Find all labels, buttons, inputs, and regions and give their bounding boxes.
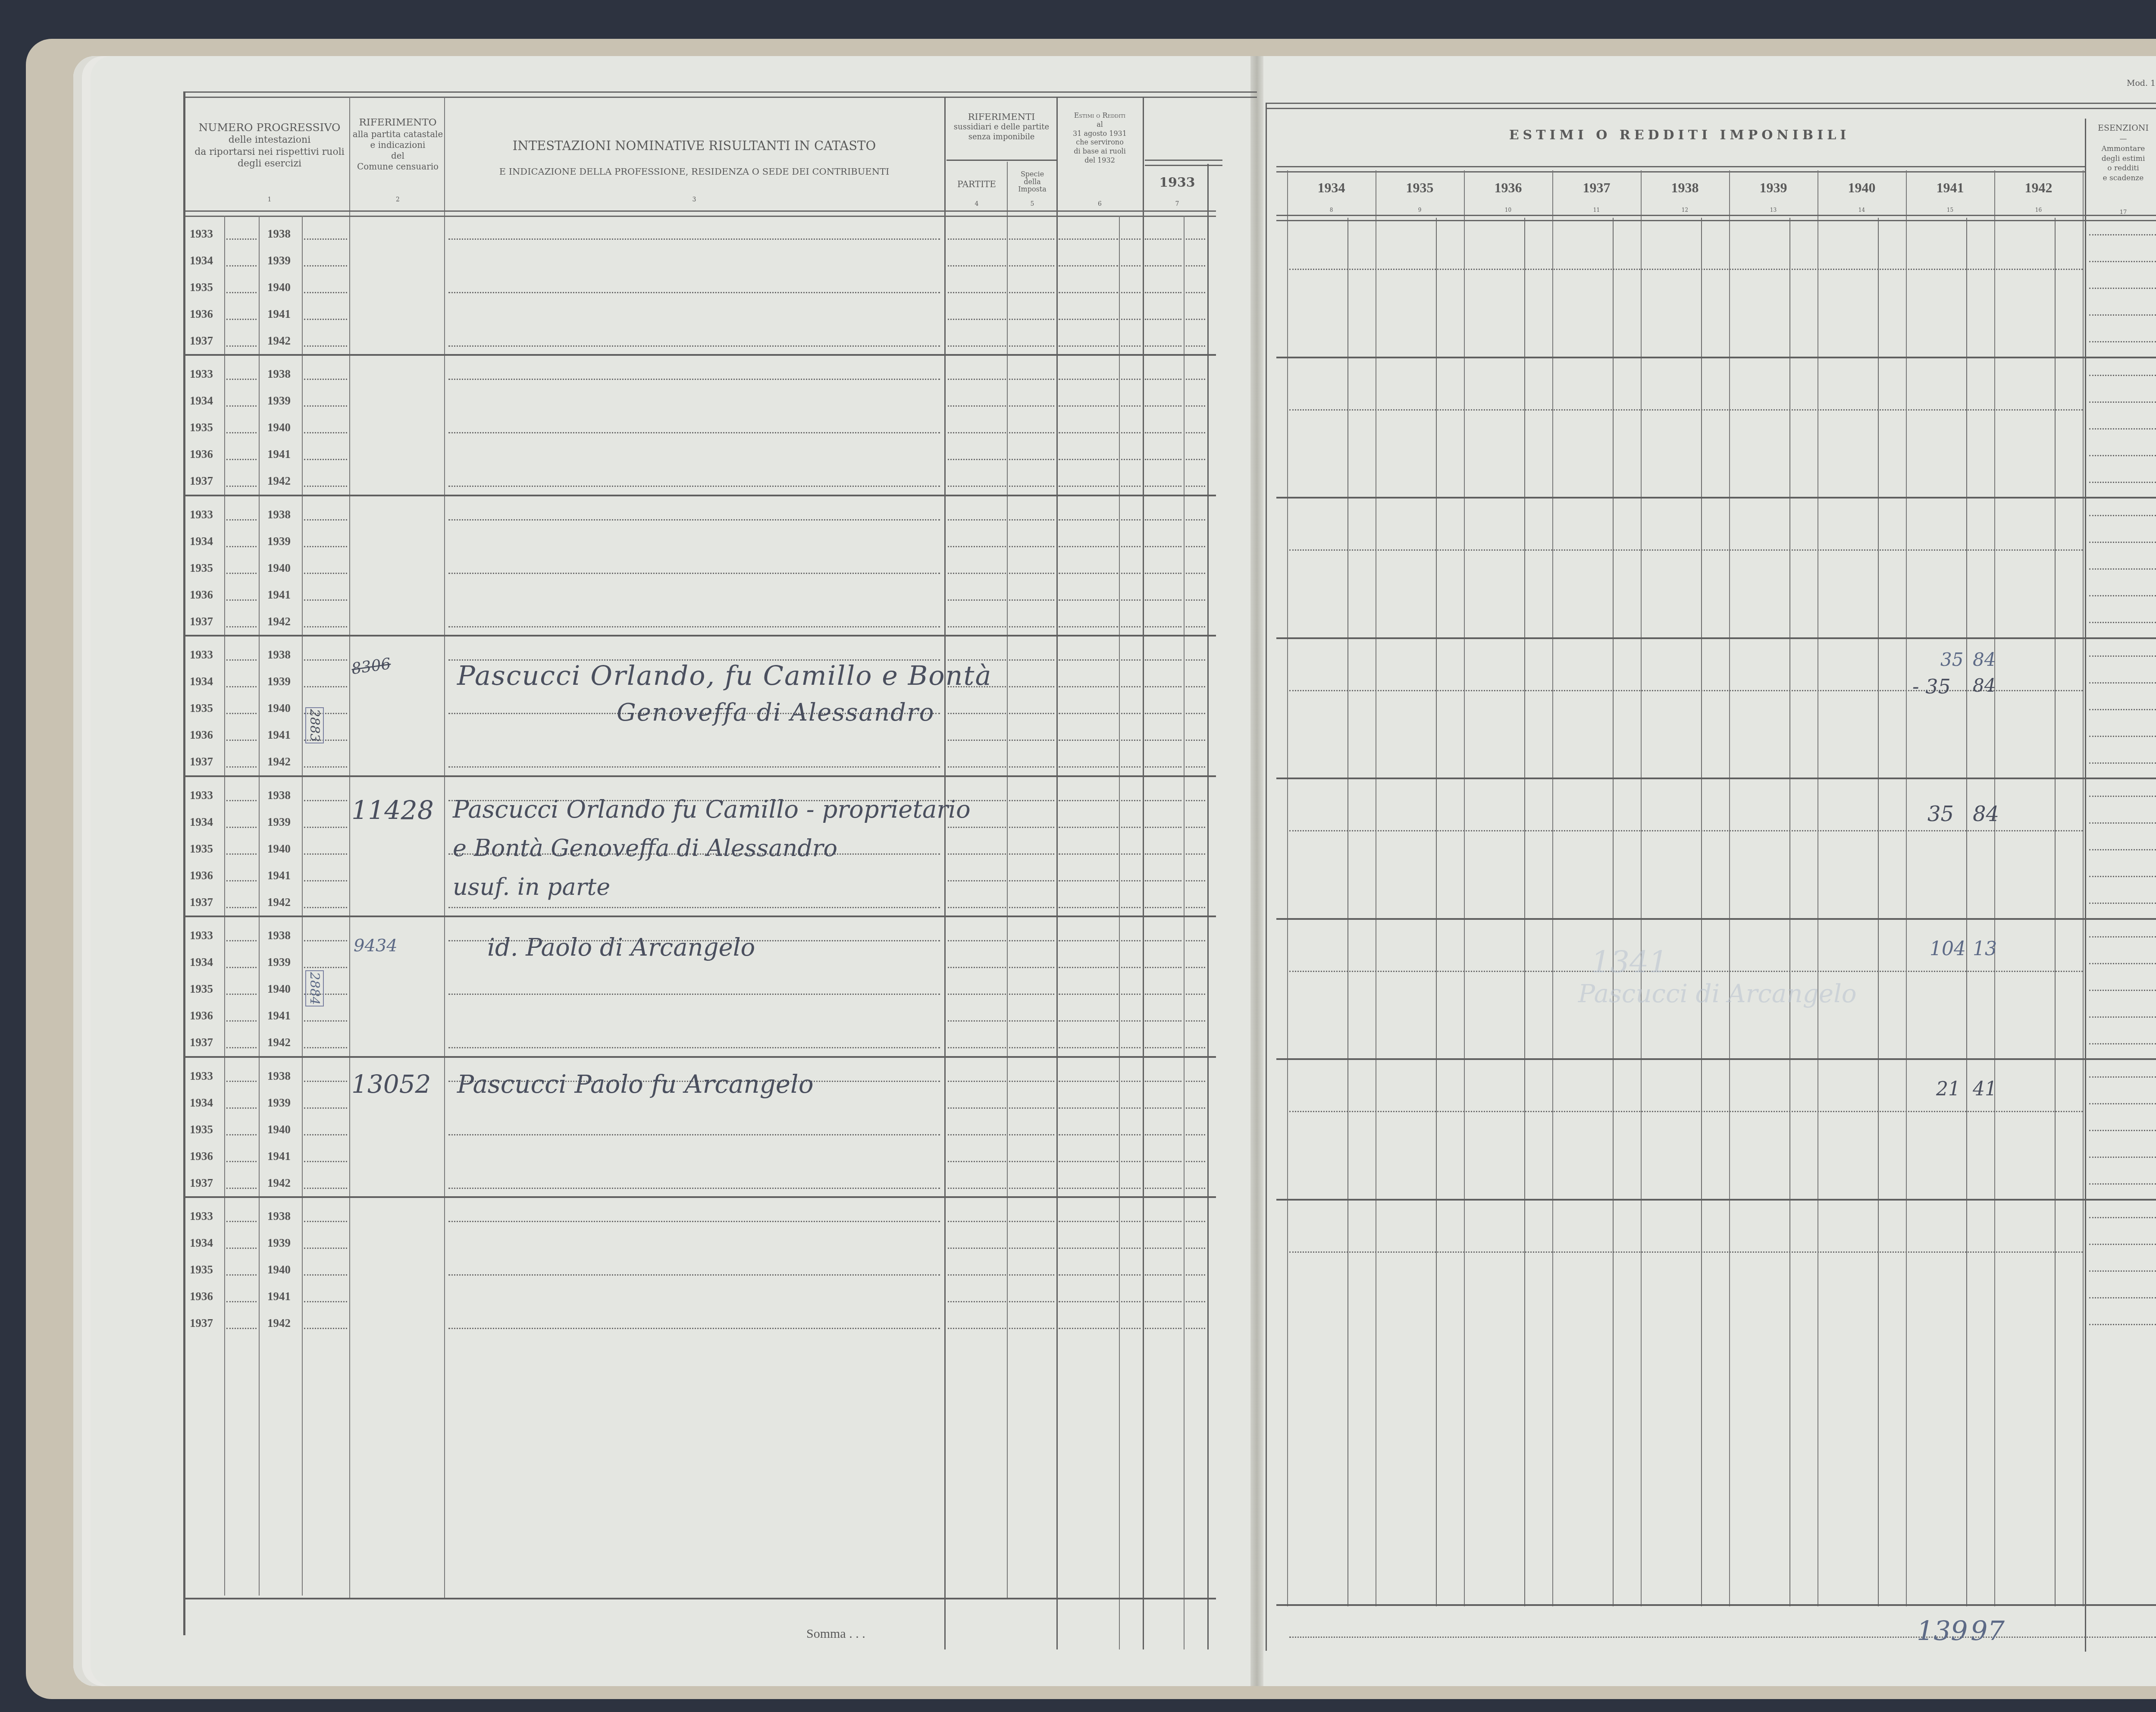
dotted-rule — [1121, 459, 1141, 460]
year-label: 1940 — [267, 421, 291, 434]
dotted-rule — [226, 1274, 257, 1276]
dotted-rule — [226, 599, 257, 601]
name-rule — [448, 907, 940, 908]
dotted-rule — [1121, 907, 1141, 908]
dotted-rule — [1059, 573, 1118, 574]
esenzioni-rule — [2089, 1183, 2156, 1185]
year-label: 1941 — [267, 588, 291, 602]
dotted-rule — [1186, 1081, 1205, 1082]
dotted-rule — [948, 459, 1006, 460]
header-estimi-1931: Estimi o Redditi al 31 agosto 1931 che s… — [1058, 111, 1142, 165]
dotted-rule — [1145, 1248, 1181, 1249]
dotted-rule — [948, 573, 1006, 574]
dotted-rule — [1186, 853, 1205, 855]
dotted-rule — [1186, 599, 1205, 601]
dotted-rule — [1121, 1081, 1141, 1082]
name-rule — [448, 432, 940, 433]
dotted-rule — [226, 1301, 257, 1302]
dotted-rule — [1121, 967, 1141, 968]
name-rule — [448, 486, 940, 487]
year-label: 1938 — [267, 367, 291, 381]
dotted-rule — [1186, 1188, 1205, 1189]
esenzioni-rule — [2089, 876, 2156, 877]
dotted-rule — [304, 800, 347, 801]
year-label: 1941 — [267, 1150, 291, 1163]
dotted-rule — [1009, 379, 1054, 380]
year-label: 1933 — [190, 1210, 213, 1223]
value-rule — [1289, 269, 2083, 270]
dotted-rule — [1145, 1328, 1181, 1329]
dotted-rule — [1059, 1081, 1118, 1082]
year-label: 1939 — [267, 254, 291, 267]
dotted-rule — [1121, 880, 1141, 881]
dotted-rule — [1186, 1134, 1205, 1135]
dotted-rule — [1009, 519, 1054, 520]
year-label: 1937 — [190, 615, 213, 628]
esenzioni-rule — [2089, 428, 2156, 430]
dotted-rule — [304, 1161, 347, 1162]
header-text: Comune censuario — [351, 161, 444, 172]
year-label: 1936 — [190, 1150, 213, 1163]
header-text: ESENZIONI — [2086, 123, 2156, 134]
dotted-rule — [1059, 546, 1118, 547]
dotted-rule — [1121, 800, 1141, 801]
year-label: 1939 — [267, 956, 291, 969]
dotted-rule — [226, 432, 257, 433]
dotted-rule — [1121, 265, 1141, 267]
column-number: 1 — [190, 196, 349, 204]
cent-subdivider — [1878, 218, 1879, 1606]
dotted-rule — [1059, 659, 1118, 661]
dotted-rule — [1059, 907, 1118, 908]
dotted-rule — [948, 1248, 1006, 1249]
year-label: 1933 — [190, 508, 213, 521]
esenzioni-rule — [2089, 568, 2156, 570]
dotted-rule — [1121, 1221, 1141, 1222]
cent-subdivider — [1613, 218, 1614, 1606]
dotted-rule — [1186, 1047, 1205, 1048]
dotted-rule — [1009, 1107, 1054, 1109]
entry-name-line: usuf. in parte — [453, 873, 610, 900]
esenzioni-rule — [2089, 515, 2156, 516]
dotted-rule — [304, 379, 347, 380]
dotted-rule — [1145, 907, 1181, 908]
col-divider — [1143, 97, 1144, 1649]
dotted-rule — [948, 319, 1006, 320]
dotted-rule — [226, 459, 257, 460]
year-header: 1939 — [1729, 179, 1818, 196]
dotted-rule — [1145, 573, 1181, 574]
dotted-rule — [304, 1274, 347, 1276]
year-label: 1942 — [267, 1176, 291, 1190]
dotted-rule — [226, 1248, 257, 1249]
dotted-rule — [1009, 432, 1054, 433]
year-label: 1937 — [190, 474, 213, 488]
dotted-rule — [226, 740, 257, 741]
header-text: al — [1058, 120, 1142, 129]
dotted-rule — [948, 967, 1006, 968]
year-label: 1941 — [267, 728, 291, 742]
dotted-rule — [1059, 1248, 1118, 1249]
dotted-rule — [1121, 1020, 1141, 1022]
dotted-rule — [304, 626, 347, 627]
dotted-rule — [1186, 827, 1205, 828]
dotted-rule — [304, 345, 347, 347]
dotted-rule — [1121, 486, 1141, 487]
value-1941-lire: 35 — [1927, 802, 1954, 826]
year-label: 1938 — [267, 1210, 291, 1223]
dotted-rule — [226, 1107, 257, 1109]
name-rule — [448, 345, 940, 347]
dotted-rule — [1186, 880, 1205, 881]
dotted-rule — [1121, 1107, 1141, 1109]
year-label: 1940 — [267, 842, 291, 856]
somma-label: Somma . . . — [806, 1626, 944, 1642]
dotted-rule — [1186, 659, 1205, 661]
value-1941-cent: 13 — [1973, 938, 1997, 960]
block-divider — [1276, 637, 2156, 639]
dotted-rule — [1009, 686, 1054, 687]
dotted-rule — [1009, 994, 1054, 995]
dotted-rule — [1009, 827, 1054, 828]
left-top-border — [183, 91, 1257, 98]
right-page — [1276, 56, 2156, 1686]
dotted-rule — [226, 880, 257, 881]
year-label: 1939 — [267, 675, 291, 688]
dotted-rule — [1186, 319, 1205, 320]
year-label: 1936 — [190, 869, 213, 882]
year-label: 1933 — [190, 1069, 213, 1083]
esenzioni-rule — [2089, 341, 2156, 342]
dotted-rule — [1121, 1248, 1141, 1249]
dotted-rule — [1009, 659, 1054, 661]
name-rule — [448, 519, 940, 520]
dotted-rule — [1059, 1020, 1118, 1022]
dotted-rule — [1186, 405, 1205, 407]
header-riferimenti-sussidiari: RIFERIMENTI sussidiari e delle partite s… — [946, 111, 1056, 142]
column-number: 11 — [1552, 207, 1641, 213]
dotted-rule — [948, 626, 1006, 627]
esenzioni-rule — [2089, 1217, 2156, 1218]
header-text: degli estimi — [2086, 154, 2156, 164]
dotted-rule — [1145, 940, 1181, 941]
dotted-rule — [1121, 1047, 1141, 1048]
entry-name-line: Pascucci Orlando, fu Camillo e Bontà — [457, 660, 992, 691]
dotted-rule — [948, 599, 1006, 601]
left-page — [73, 56, 1276, 1686]
dotted-rule — [1145, 766, 1181, 768]
dotted-rule — [1186, 292, 1205, 293]
year-label: 1942 — [267, 334, 291, 348]
dotted-rule — [1059, 940, 1118, 941]
dotted-rule — [1059, 1107, 1118, 1109]
name-rule — [448, 1274, 940, 1276]
dotted-rule — [226, 1134, 257, 1135]
dotted-rule — [948, 379, 1006, 380]
header-specie: Specie della Imposta — [1008, 170, 1056, 193]
dotted-rule — [1186, 432, 1205, 433]
esenzioni-rule — [2089, 482, 2156, 483]
dotted-rule — [1145, 880, 1181, 881]
header-text: Imposta — [1008, 185, 1056, 193]
dotted-rule — [1145, 1301, 1181, 1302]
dotted-rule — [1059, 459, 1118, 460]
dotted-rule — [226, 292, 257, 293]
header-text: RIFERIMENTI — [946, 111, 1056, 122]
dotted-rule — [1145, 1274, 1181, 1276]
dotted-rule — [304, 967, 347, 968]
dotted-rule — [948, 1020, 1006, 1022]
cent-subdivider — [1347, 218, 1348, 1606]
esenzioni-rule — [2089, 1324, 2156, 1325]
year-label: 1939 — [267, 394, 291, 408]
dotted-rule — [226, 1047, 257, 1048]
dotted-rule — [1186, 1301, 1205, 1302]
esenzioni-rule — [2089, 849, 2156, 850]
year-label: 1936 — [190, 1009, 213, 1022]
year-label: 1933 — [190, 227, 213, 241]
dotted-rule — [1145, 853, 1181, 855]
dotted-rule — [1059, 319, 1118, 320]
dotted-rule — [1186, 1107, 1205, 1109]
year-col-rule — [1376, 170, 1376, 1606]
name-rule — [448, 292, 940, 293]
year-label: 1939 — [267, 1096, 291, 1110]
dotted-rule — [226, 1328, 257, 1329]
year-label: 1936 — [190, 448, 213, 461]
header-text: della — [1008, 178, 1056, 186]
year-label: 1942 — [267, 474, 291, 488]
dotted-rule — [1009, 740, 1054, 741]
dotted-rule — [1186, 713, 1205, 714]
value-rule — [1289, 1251, 2083, 1253]
year-header: 1937 — [1552, 179, 1641, 196]
dotted-rule — [304, 1081, 347, 1082]
header-intestazioni: INTESTAZIONI NOMINATIVE RISULTANTI IN CA… — [446, 138, 942, 154]
somma-1941-cent: 97 — [1971, 1615, 2005, 1646]
dotted-rule — [304, 238, 347, 240]
block-divider — [1276, 357, 2156, 358]
entry-name-line: e Bontà Genoveffa di Alessandro — [453, 834, 837, 862]
dotted-rule — [1145, 238, 1181, 240]
column-number: 5 — [1008, 201, 1056, 208]
esenzioni-rule — [2089, 1130, 2156, 1131]
dotted-rule — [1121, 853, 1141, 855]
dotted-rule — [1059, 265, 1118, 267]
dotted-rule — [1059, 1188, 1118, 1189]
dotted-rule — [226, 1081, 257, 1082]
somma-rule — [1289, 1637, 2156, 1638]
dotted-rule — [1121, 713, 1141, 714]
esenzioni-rule — [2089, 762, 2156, 764]
dotted-rule — [1121, 740, 1141, 741]
dotted-rule — [1145, 1188, 1181, 1189]
year-header: 1942 — [1994, 179, 2083, 196]
partita-number: 13052 — [351, 1069, 431, 1099]
col1-subdivider — [302, 216, 303, 1596]
year-label: 1936 — [190, 1290, 213, 1303]
value-rule — [1289, 409, 2083, 411]
esenzioni-rule — [2089, 261, 2156, 262]
dotted-rule — [304, 1248, 347, 1249]
entry-name-line: Genoveffa di Alessandro — [617, 699, 934, 727]
partita-number: 9434 — [354, 936, 398, 956]
year-label: 1934 — [190, 394, 213, 408]
dotted-rule — [1059, 1221, 1118, 1222]
dotted-rule — [1009, 238, 1054, 240]
dotted-rule — [1121, 827, 1141, 828]
dotted-rule — [1009, 292, 1054, 293]
dotted-rule — [1121, 1188, 1141, 1189]
dotted-rule — [1059, 238, 1118, 240]
cent-subdivider — [1436, 218, 1437, 1606]
header-riferimento: RIFERIMENTO alla partita catastale e ind… — [351, 116, 444, 172]
year-label: 1938 — [267, 227, 291, 241]
dotted-rule — [304, 265, 347, 267]
dotted-rule — [304, 1020, 347, 1022]
year-label: 1937 — [190, 334, 213, 348]
name-rule — [448, 1047, 940, 1048]
value-1941-cent: 84 — [1973, 675, 1996, 696]
dotted-rule — [304, 573, 347, 574]
header-numero-progressivo: NUMERO PROGRESSIVO delle intestazioni da… — [190, 121, 349, 170]
year-col-rule — [2083, 170, 2084, 1606]
dotted-rule — [1186, 940, 1205, 941]
esenzioni-rule — [2089, 1297, 2156, 1298]
col1-subdivider — [224, 216, 225, 1596]
year-header: 1940 — [1818, 179, 1906, 196]
header-year-1933: 1933 — [1145, 175, 1210, 191]
dotted-rule — [1186, 459, 1205, 460]
cent-subdivider — [1966, 218, 1967, 1606]
dotted-rule — [1009, 573, 1054, 574]
dotted-rule — [948, 713, 1006, 714]
entry-name-line: Pascucci Paolo fu Arcangelo — [457, 1069, 814, 1099]
dotted-rule — [1059, 599, 1118, 601]
dotted-rule — [1145, 994, 1181, 995]
year-label: 1935 — [190, 281, 213, 294]
header-text: o redditi — [2086, 163, 2156, 173]
dotted-rule — [1059, 432, 1118, 433]
year-label: 1936 — [190, 307, 213, 321]
esenzioni-rule — [2089, 990, 2156, 991]
esenzioni-rule — [2089, 709, 2156, 710]
name-rule — [448, 238, 940, 240]
dotted-rule — [1059, 1047, 1118, 1048]
dotted-rule — [1059, 713, 1118, 714]
dotted-rule — [1121, 599, 1141, 601]
year-col-rule — [1906, 170, 1907, 1606]
value-1941-cent: 84 — [1973, 649, 1996, 670]
year-label: 1935 — [190, 421, 213, 434]
dotted-rule — [1186, 686, 1205, 687]
dotted-rule — [1059, 1274, 1118, 1276]
dotted-rule — [1145, 1020, 1181, 1022]
esenzioni-rule — [2089, 1043, 2156, 1044]
dotted-rule — [304, 599, 347, 601]
year-col-rule — [1464, 170, 1465, 1606]
column-number: 7 — [1145, 201, 1210, 208]
dotted-rule — [1059, 292, 1118, 293]
esenzioni-rule — [2089, 1103, 2156, 1104]
dotted-rule — [1145, 599, 1181, 601]
dotted-rule — [1059, 1328, 1118, 1329]
dotted-rule — [1009, 1188, 1054, 1189]
block-divider — [185, 1056, 1216, 1058]
year-label: 1934 — [190, 535, 213, 548]
side-number: 2884 — [305, 970, 324, 1007]
year-label: 1942 — [267, 755, 291, 768]
dotted-rule — [304, 1328, 347, 1329]
dotted-rule — [1145, 432, 1181, 433]
year-label: 1934 — [190, 675, 213, 688]
dotted-rule — [226, 827, 257, 828]
year-label: 1942 — [267, 1036, 291, 1049]
value-1941-cent: 41 — [1973, 1078, 1997, 1100]
year-label: 1935 — [190, 561, 213, 575]
esenzioni-rule — [2089, 1270, 2156, 1272]
dotted-rule — [1145, 827, 1181, 828]
dotted-rule — [1121, 573, 1141, 574]
dotted-rule — [1059, 345, 1118, 347]
column-number: 10 — [1464, 207, 1552, 213]
esenzioni-rule — [2089, 796, 2156, 797]
year-label: 1940 — [267, 982, 291, 996]
dotted-rule — [1009, 1161, 1054, 1162]
column-number: 3 — [446, 196, 942, 204]
dotted-rule — [1186, 1248, 1205, 1249]
dotted-rule — [304, 686, 347, 687]
header-professione: E INDICAZIONE DELLA PROFESSIONE, RESIDEN… — [446, 166, 942, 177]
dotted-rule — [304, 1221, 347, 1222]
dotted-rule — [1145, 659, 1181, 661]
value-1941-lire: - 35 — [1912, 675, 1951, 698]
column-number: 15 — [1906, 207, 1994, 213]
value-1941-lire: 104 — [1930, 938, 1966, 960]
col1-subdivider — [259, 216, 260, 1596]
dotted-rule — [1186, 626, 1205, 627]
header-text: Estimi o Redditi — [1058, 111, 1142, 120]
dotted-rule — [1186, 1328, 1205, 1329]
column-number: 8 — [1287, 207, 1376, 213]
dotted-rule — [1009, 1274, 1054, 1276]
year-label: 1934 — [190, 1236, 213, 1250]
dotted-rule — [1186, 1161, 1205, 1162]
dotted-rule — [948, 766, 1006, 768]
dotted-rule — [1121, 379, 1141, 380]
dotted-rule — [1009, 486, 1054, 487]
dotted-rule — [948, 940, 1006, 941]
dotted-rule — [226, 766, 257, 768]
dotted-rule — [1186, 994, 1205, 995]
year-label: 1940 — [267, 561, 291, 575]
col6-subdivider — [1119, 216, 1120, 1649]
esenzioni-rule — [2089, 1157, 2156, 1158]
header-text: di base ai ruoli — [1058, 147, 1142, 156]
dotted-rule — [1059, 1161, 1118, 1162]
year-label: 1933 — [190, 929, 213, 942]
year-col-rule — [1729, 170, 1730, 1606]
dotted-rule — [1121, 766, 1141, 768]
dotted-rule — [1009, 265, 1054, 267]
year-label: 1939 — [267, 815, 291, 829]
dotted-rule — [1009, 880, 1054, 881]
dotted-rule — [1121, 405, 1141, 407]
right-top-border — [1266, 103, 2156, 109]
name-rule — [448, 1328, 940, 1329]
dotted-rule — [1186, 1274, 1205, 1276]
dotted-rule — [1059, 994, 1118, 995]
